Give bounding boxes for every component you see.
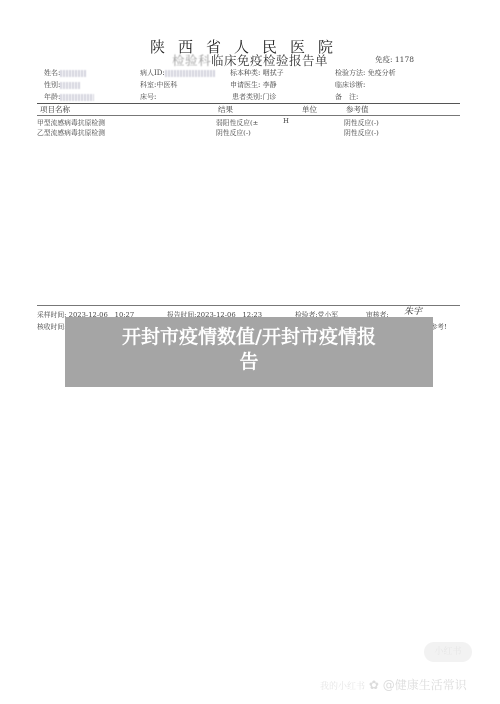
col-header-item: 项目名称: [40, 104, 70, 115]
patient-id-field: 病人ID:: [140, 68, 215, 78]
age-label: 年龄:: [44, 93, 60, 101]
report-code: 免疫: 1178: [375, 54, 414, 65]
diagnosis-label: 临床诊断:: [335, 81, 365, 89]
department-label: 科室:: [140, 81, 156, 89]
remark-label: 备 注:: [335, 93, 358, 101]
specimen-label: 标本种类:: [230, 69, 260, 77]
sex-label: 性别:: [44, 81, 60, 89]
age-field: 年龄:: [44, 92, 94, 102]
report-title-obscured: 检验科: [172, 53, 211, 68]
remark-field: 备 注:: [335, 92, 358, 102]
divider-top: [37, 103, 460, 104]
department-value: 中医科: [156, 81, 177, 89]
title-banner: 开封市疫情数值/开封市疫情报 告: [65, 317, 433, 387]
age-redacted: [60, 94, 94, 101]
banner-title-line2: 告: [65, 350, 433, 375]
patient-type-field: 患者类别:门诊: [232, 92, 276, 102]
department-field: 科室:中医科: [140, 80, 177, 90]
watermark-prefix: 我的小红书: [320, 682, 365, 692]
row-reference: 阴性反应(-): [344, 127, 379, 137]
divider-header: [37, 115, 460, 116]
row-item: 甲型流感病毒抗原检测: [37, 117, 105, 127]
row-reference: 阴性反应(-): [344, 117, 379, 127]
doctor-value: 李静: [263, 81, 277, 89]
reviewer-signature: 朱宇: [404, 304, 422, 317]
row-item: 乙型流感病毒抗原检测: [37, 127, 105, 137]
method-field: 检验方法: 免疫分析: [335, 68, 396, 78]
specimen-field: 标本种类: 咽拭子: [230, 68, 284, 78]
name-field: 姓名:: [44, 68, 86, 78]
report-title: 检验科临床免疫检验报告单: [172, 51, 328, 69]
patient-type-label: 患者类别:: [232, 93, 262, 101]
patient-type-value: 门诊: [262, 93, 276, 101]
watermark: 我的小红书 ✿ @健康生活常识: [320, 676, 467, 693]
name-redacted: [60, 70, 86, 77]
method-value: 免疫分析: [368, 69, 396, 77]
divider-footer: [37, 305, 460, 306]
doctor-label: 申请医生:: [230, 81, 260, 89]
diagnosis-field: 临床诊断:: [335, 80, 365, 90]
name-label: 姓名:: [44, 69, 60, 77]
banner-title-line1: 开封市疫情数值/开封市疫情报: [65, 325, 433, 350]
watermark-source: @健康生活常识: [383, 678, 467, 692]
col-header-result: 结果: [218, 104, 233, 115]
col-header-reference: 参考值: [346, 104, 369, 115]
specimen-value: 咽拭子: [263, 69, 284, 77]
row-flag: H: [283, 117, 289, 125]
doctor-field: 申请医生: 李静: [230, 80, 277, 90]
row-result: 阴性反应(-): [216, 127, 251, 137]
report-title-main: 临床免疫检验报告单: [211, 53, 328, 68]
method-label: 检验方法:: [335, 69, 365, 77]
bed-label: 床号:: [140, 93, 156, 101]
sex-redacted: [60, 82, 80, 89]
sex-field: 性别:: [44, 80, 80, 90]
paw-icon: ✿: [369, 678, 379, 692]
col-header-unit: 单位: [302, 104, 317, 115]
bed-field: 床号:: [140, 92, 156, 102]
patient-id-redacted: [165, 70, 215, 77]
row-result: 弱阳性反应(±: [216, 117, 258, 127]
watermark-badge: 小红书: [424, 642, 472, 662]
patient-id-label: 病人ID:: [140, 69, 165, 77]
